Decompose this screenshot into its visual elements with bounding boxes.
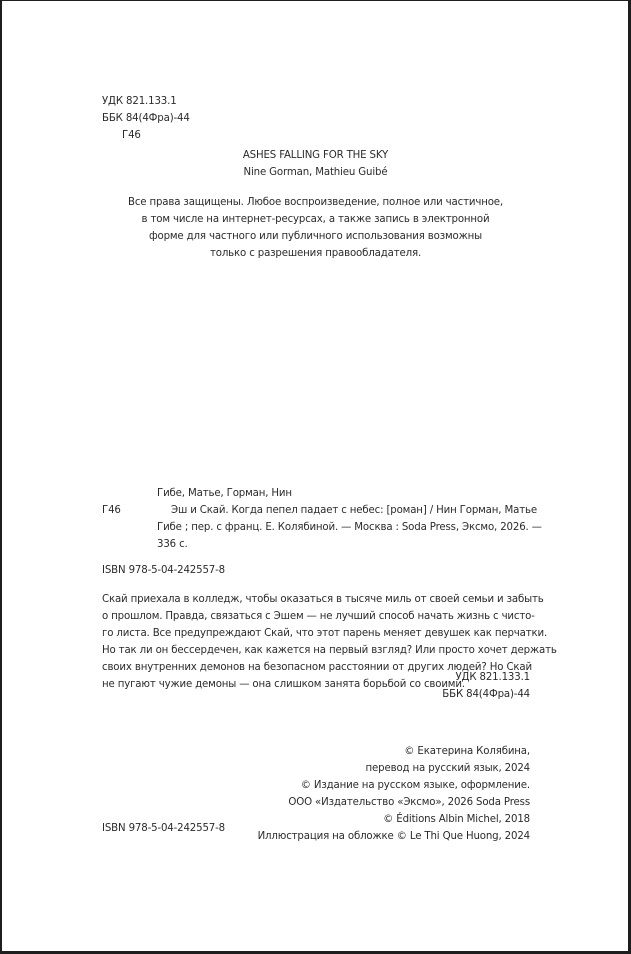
author-mark: Г46	[102, 127, 190, 144]
rights-notice: Все права защищены. Любое воспроизведени…	[2, 194, 629, 262]
description-line: Гибе ; пер. с франц. Е. Колябиной. — Мос…	[157, 519, 533, 536]
annotation-line: го листа. Все предупреждают Скай, что эт…	[102, 625, 532, 642]
bibliographic-description: Эш и Скай. Когда пепел падает с небес: […	[157, 502, 533, 553]
description-line: Эш и Скай. Когда пепел падает с небес: […	[157, 502, 533, 519]
annotation-line: Скай приехала в колледж, чтобы оказаться…	[102, 591, 532, 608]
rights-line: форме для частного или публичного исполь…	[2, 228, 629, 245]
classification-codes-bottom: УДК 821.133.1 ББК 84(4Фра)-44	[442, 669, 530, 703]
copyright-line: Иллюстрация на обложке © Le Thi Que Huon…	[258, 828, 530, 845]
classification-codes-top: УДК 821.133.1 ББК 84(4Фра)-44 Г46	[102, 93, 190, 144]
original-title: ASHES FALLING FOR THE SKY	[2, 147, 629, 164]
udk-code: УДК 821.133.1	[102, 93, 190, 110]
description-line: 336 с.	[157, 536, 533, 553]
isbn: ISBN 978-5-04-242557-8	[102, 562, 225, 579]
rights-line: Все права защищены. Любое воспроизведени…	[2, 194, 629, 211]
bibliographic-code: Г46	[102, 502, 121, 519]
copyright-line: перевод на русский язык, 2024	[258, 760, 530, 777]
original-authors: Nine Gorman, Mathieu Guibé	[2, 164, 629, 181]
annotation-line: Но так ли он бессердечен, как кажется на…	[102, 642, 532, 659]
bbk-code: ББК 84(4Фра)-44	[442, 686, 530, 703]
udk-code: УДК 821.133.1	[442, 669, 530, 686]
bibliographic-author-heading: Гибе, Матье, Горман, Нин	[157, 485, 292, 502]
copyright-line: ООО «Издательство «Эксмо», 2026 Soda Pre…	[258, 794, 530, 811]
rights-line: только с разрешения правообладателя.	[2, 245, 629, 262]
copyright-line: © Екатерина Колябина,	[258, 743, 530, 760]
copyright-line: © Издание на русском языке, оформление.	[258, 777, 530, 794]
original-title-block: ASHES FALLING FOR THE SKY Nine Gorman, M…	[2, 147, 629, 181]
copyright-line: © Éditions Albin Michel, 2018	[258, 811, 530, 828]
copyright-page: УДК 821.133.1 ББК 84(4Фра)-44 Г46 ASHES …	[0, 0, 631, 954]
rights-line: в том числе на интернет-ресурсах, а такж…	[2, 211, 629, 228]
copyright-block: © Екатерина Колябина, перевод на русский…	[258, 743, 530, 845]
isbn-footer: ISBN 978-5-04-242557-8	[102, 820, 225, 837]
annotation-line: о прошлом. Правда, связаться с Эшем — не…	[102, 608, 532, 625]
bbk-code: ББК 84(4Фра)-44	[102, 110, 190, 127]
